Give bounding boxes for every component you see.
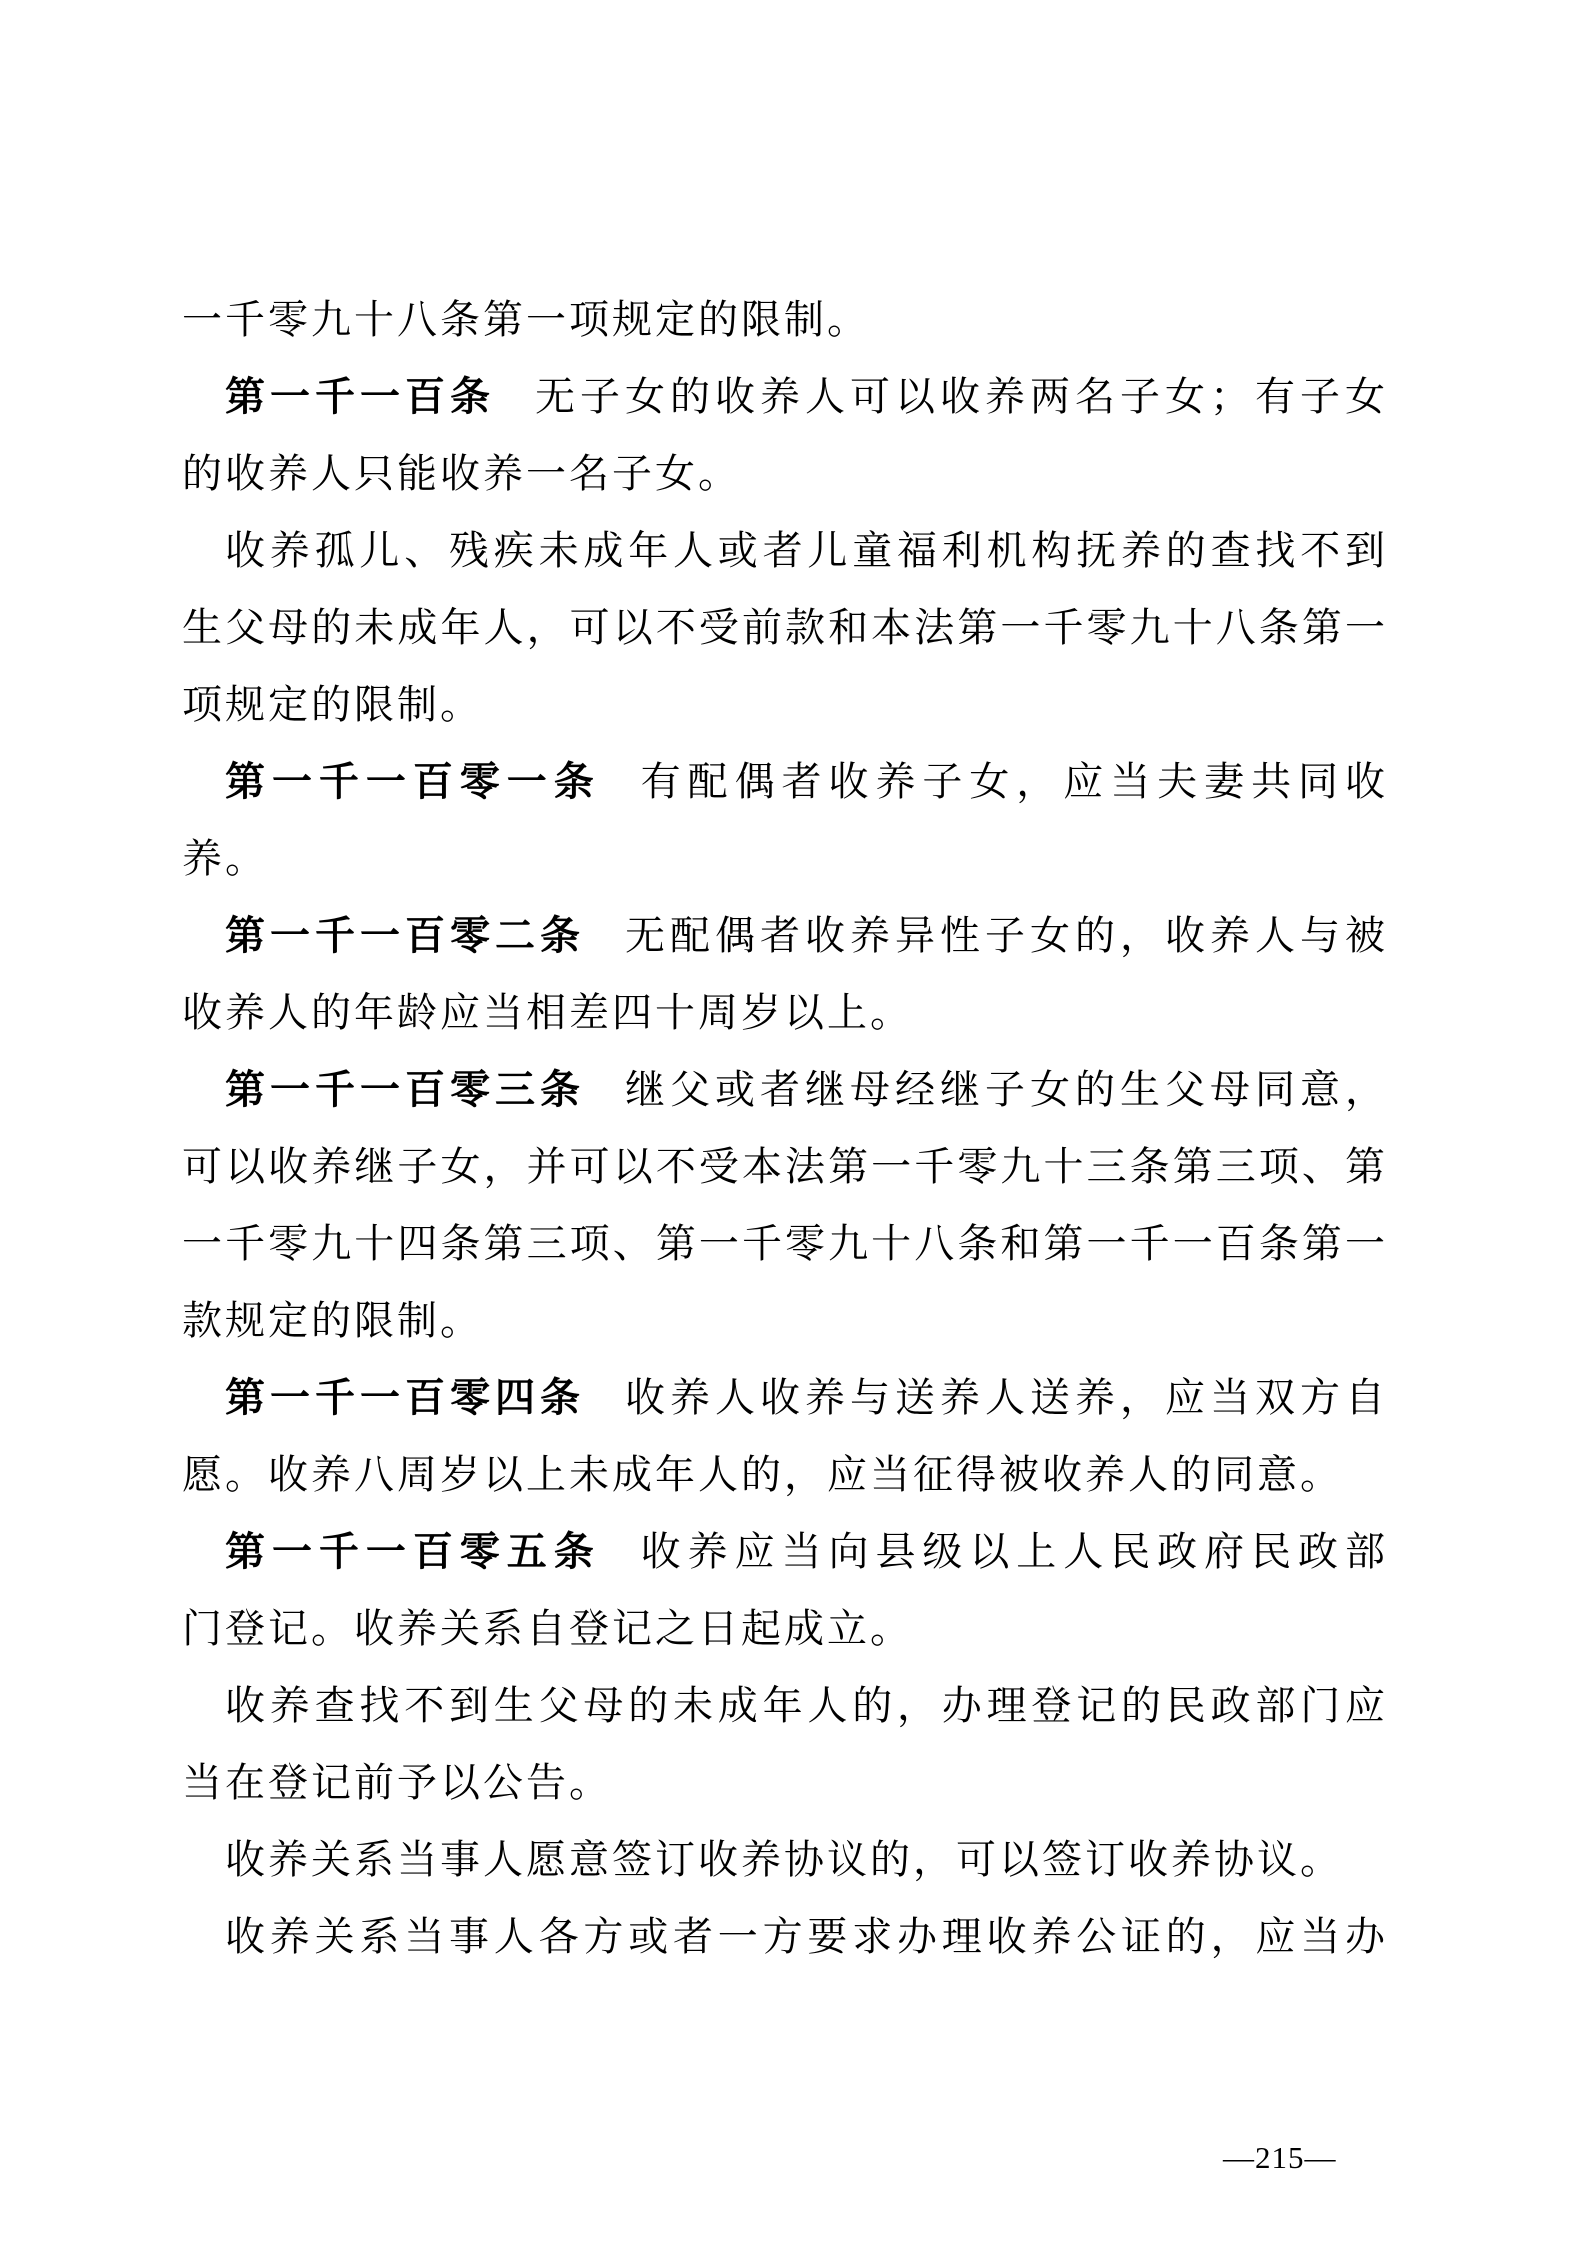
line-text: 收养查找不到生父母的未成年人的，办理登记的民政部门应 — [225, 1683, 1388, 1728]
text-line: 第一千一百条无子女的收养人可以收养两名子女；有子女 — [182, 358, 1388, 435]
line-text: 无子女的收养人可以收养两名子女；有子女 — [535, 374, 1388, 419]
article-number: 第一千一百零二条 — [225, 914, 585, 958]
text-line: 养。 — [182, 820, 1388, 897]
text-line: 收养孤儿、残疾未成年人或者儿童福利机构抚养的查找不到 — [182, 512, 1388, 589]
article-number: 第一千一百零五条 — [225, 1530, 601, 1574]
line-text: 门登记。收养关系自登记之日起成立。 — [182, 1606, 913, 1651]
text-line: 可以收养继子女，并可以不受本法第一千零九十三条第三项、第 — [182, 1128, 1388, 1205]
line-text: 养。 — [182, 836, 268, 881]
text-line: 一千零九十八条第一项规定的限制。 — [182, 281, 1388, 358]
document-body: 一千零九十八条第一项规定的限制。第一千一百条无子女的收养人可以收养两名子女；有子… — [182, 281, 1388, 1975]
line-text: 款规定的限制。 — [182, 1298, 483, 1343]
line-text: 项规定的限制。 — [182, 682, 483, 727]
text-line: 第一千一百零二条无配偶者收养异性子女的，收养人与被 — [182, 897, 1388, 974]
text-line: 第一千一百零三条继父或者继母经继子女的生父母同意， — [182, 1051, 1388, 1128]
text-line: 收养关系当事人愿意签订收养协议的，可以签订收养协议。 — [182, 1821, 1388, 1898]
line-text: 收养关系当事人愿意签订收养协议的，可以签订收养协议。 — [225, 1837, 1343, 1882]
text-line: 门登记。收养关系自登记之日起成立。 — [182, 1590, 1388, 1667]
article-number: 第一千一百零三条 — [225, 1068, 585, 1112]
text-line: 当在登记前予以公告。 — [182, 1744, 1388, 1821]
line-text: 有配偶者收养子女，应当夫妻共同收 — [641, 759, 1388, 804]
text-line: 第一千一百零一条有配偶者收养子女，应当夫妻共同收 — [182, 743, 1388, 820]
text-line: 愿。收养八周岁以上未成年人的，应当征得被收养人的同意。 — [182, 1436, 1388, 1513]
line-text: 收养人收养与送养人送养，应当双方自 — [625, 1375, 1388, 1420]
line-text: 一千零九十八条第一项规定的限制。 — [182, 297, 870, 342]
line-text: 收养孤儿、残疾未成年人或者儿童福利机构抚养的查找不到 — [225, 528, 1388, 573]
line-text: 生父母的未成年人，可以不受前款和本法第一千零九十八条第一 — [182, 605, 1388, 650]
text-line: 收养人的年龄应当相差四十周岁以上。 — [182, 974, 1388, 1051]
text-line: 的收养人只能收养一名子女。 — [182, 435, 1388, 512]
line-text: 一千零九十四条第三项、第一千零九十八条和第一千一百条第一 — [182, 1221, 1388, 1266]
text-line: 项规定的限制。 — [182, 666, 1388, 743]
line-text: 收养人的年龄应当相差四十周岁以上。 — [182, 990, 913, 1035]
article-number: 第一千一百条 — [225, 375, 495, 419]
line-text: 愿。收养八周岁以上未成年人的，应当征得被收养人的同意。 — [182, 1452, 1343, 1497]
line-text: 收养应当向县级以上人民政府民政部 — [641, 1529, 1388, 1574]
line-text: 收养关系当事人各方或者一方要求办理收养公证的，应当办 — [225, 1914, 1388, 1959]
page-number: —215— — [1223, 2140, 1337, 2176]
text-line: 生父母的未成年人，可以不受前款和本法第一千零九十八条第一 — [182, 589, 1388, 666]
text-line: 收养关系当事人各方或者一方要求办理收养公证的，应当办 — [182, 1898, 1388, 1975]
document-page: 一千零九十八条第一项规定的限制。第一千一百条无子女的收养人可以收养两名子女；有子… — [0, 0, 1587, 2245]
line-text: 继父或者继母经继子女的生父母同意， — [625, 1067, 1388, 1112]
article-number: 第一千一百零一条 — [225, 760, 601, 804]
text-line: 款规定的限制。 — [182, 1282, 1388, 1359]
line-text: 可以收养继子女，并可以不受本法第一千零九十三条第三项、第 — [182, 1144, 1388, 1189]
line-text: 当在登记前予以公告。 — [182, 1760, 612, 1805]
text-line: 第一千一百零四条收养人收养与送养人送养，应当双方自 — [182, 1359, 1388, 1436]
text-line: 第一千一百零五条收养应当向县级以上人民政府民政部 — [182, 1513, 1388, 1590]
article-number: 第一千一百零四条 — [225, 1376, 585, 1420]
line-text: 的收养人只能收养一名子女。 — [182, 451, 741, 496]
text-line: 收养查找不到生父母的未成年人的，办理登记的民政部门应 — [182, 1667, 1388, 1744]
line-text: 无配偶者收养异性子女的，收养人与被 — [625, 913, 1388, 958]
text-line: 一千零九十四条第三项、第一千零九十八条和第一千一百条第一 — [182, 1205, 1388, 1282]
